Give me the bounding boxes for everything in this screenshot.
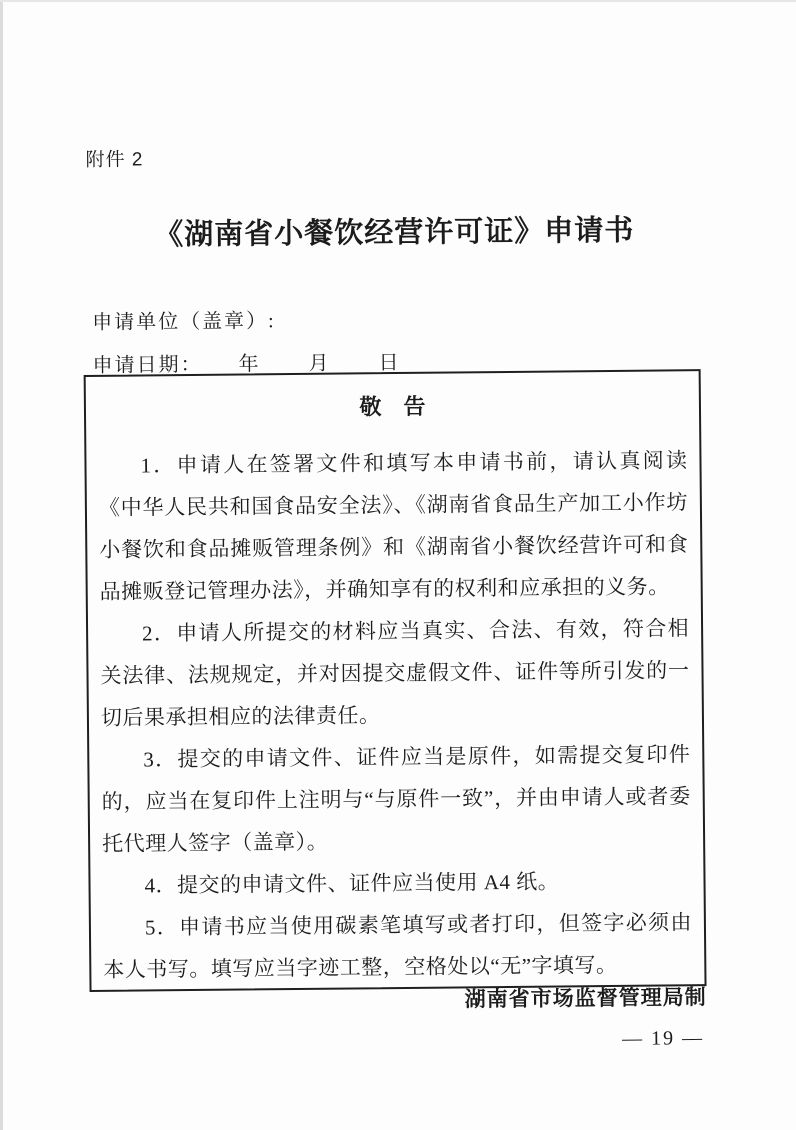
applicant-seal-label: 申请单位（盖章）:: [92, 304, 276, 335]
notice-box: 敬 告 1．申请人在签署文件和填写本申请书前，请认真阅读《中华人民共和国食品安全…: [84, 369, 707, 992]
notice-paragraph-1: 1．申请人在签署文件和填写本申请书前，请认真阅读《中华人民共和国食品安全法》、《…: [98, 439, 689, 613]
notice-paragraph-2: 2．申请人所提交的材料应当真实、合法、有效，符合相关法律、法规规定，并对因提交虚…: [100, 607, 690, 739]
date-day-label: 日: [378, 352, 400, 374]
scan-content: 附件 2 《湖南省小餐饮经营许可证》申请书 申请单位（盖章）: 申请日期：年月日…: [0, 0, 796, 1130]
date-year-label: 年: [238, 353, 260, 375]
scanned-document-page: 附件 2 《湖南省小餐饮经营许可证》申请书 申请单位（盖章）: 申请日期：年月日…: [0, 0, 796, 1130]
notice-paragraph-4: 4．提交的申请文件、证件应当使用 A4 纸。: [102, 859, 691, 907]
notice-paragraph-3: 3．提交的申请文件、证件应当是原件，如需提交复印件的，应当在复印件上注明与“与原…: [101, 733, 691, 865]
notice-body: 1．申请人在签署文件和填写本申请书前，请认真阅读《中华人民共和国食品安全法》、《…: [98, 439, 692, 991]
notice-paragraph-5: 5．申请书应当使用碳素笔填写或者打印，但签字必须由本人书写。填写应当字迹工整，空…: [103, 901, 693, 991]
issuer-label: 湖南省市场监督管理局制: [464, 981, 706, 1013]
date-month-label: 月: [308, 353, 330, 375]
notice-heading: 敬 告: [98, 391, 687, 423]
page-number: — 19 —: [622, 1027, 704, 1051]
document-title: 《湖南省小餐饮经营许可证》申请书: [0, 206, 792, 255]
attachment-label: 附件 2: [85, 144, 143, 172]
